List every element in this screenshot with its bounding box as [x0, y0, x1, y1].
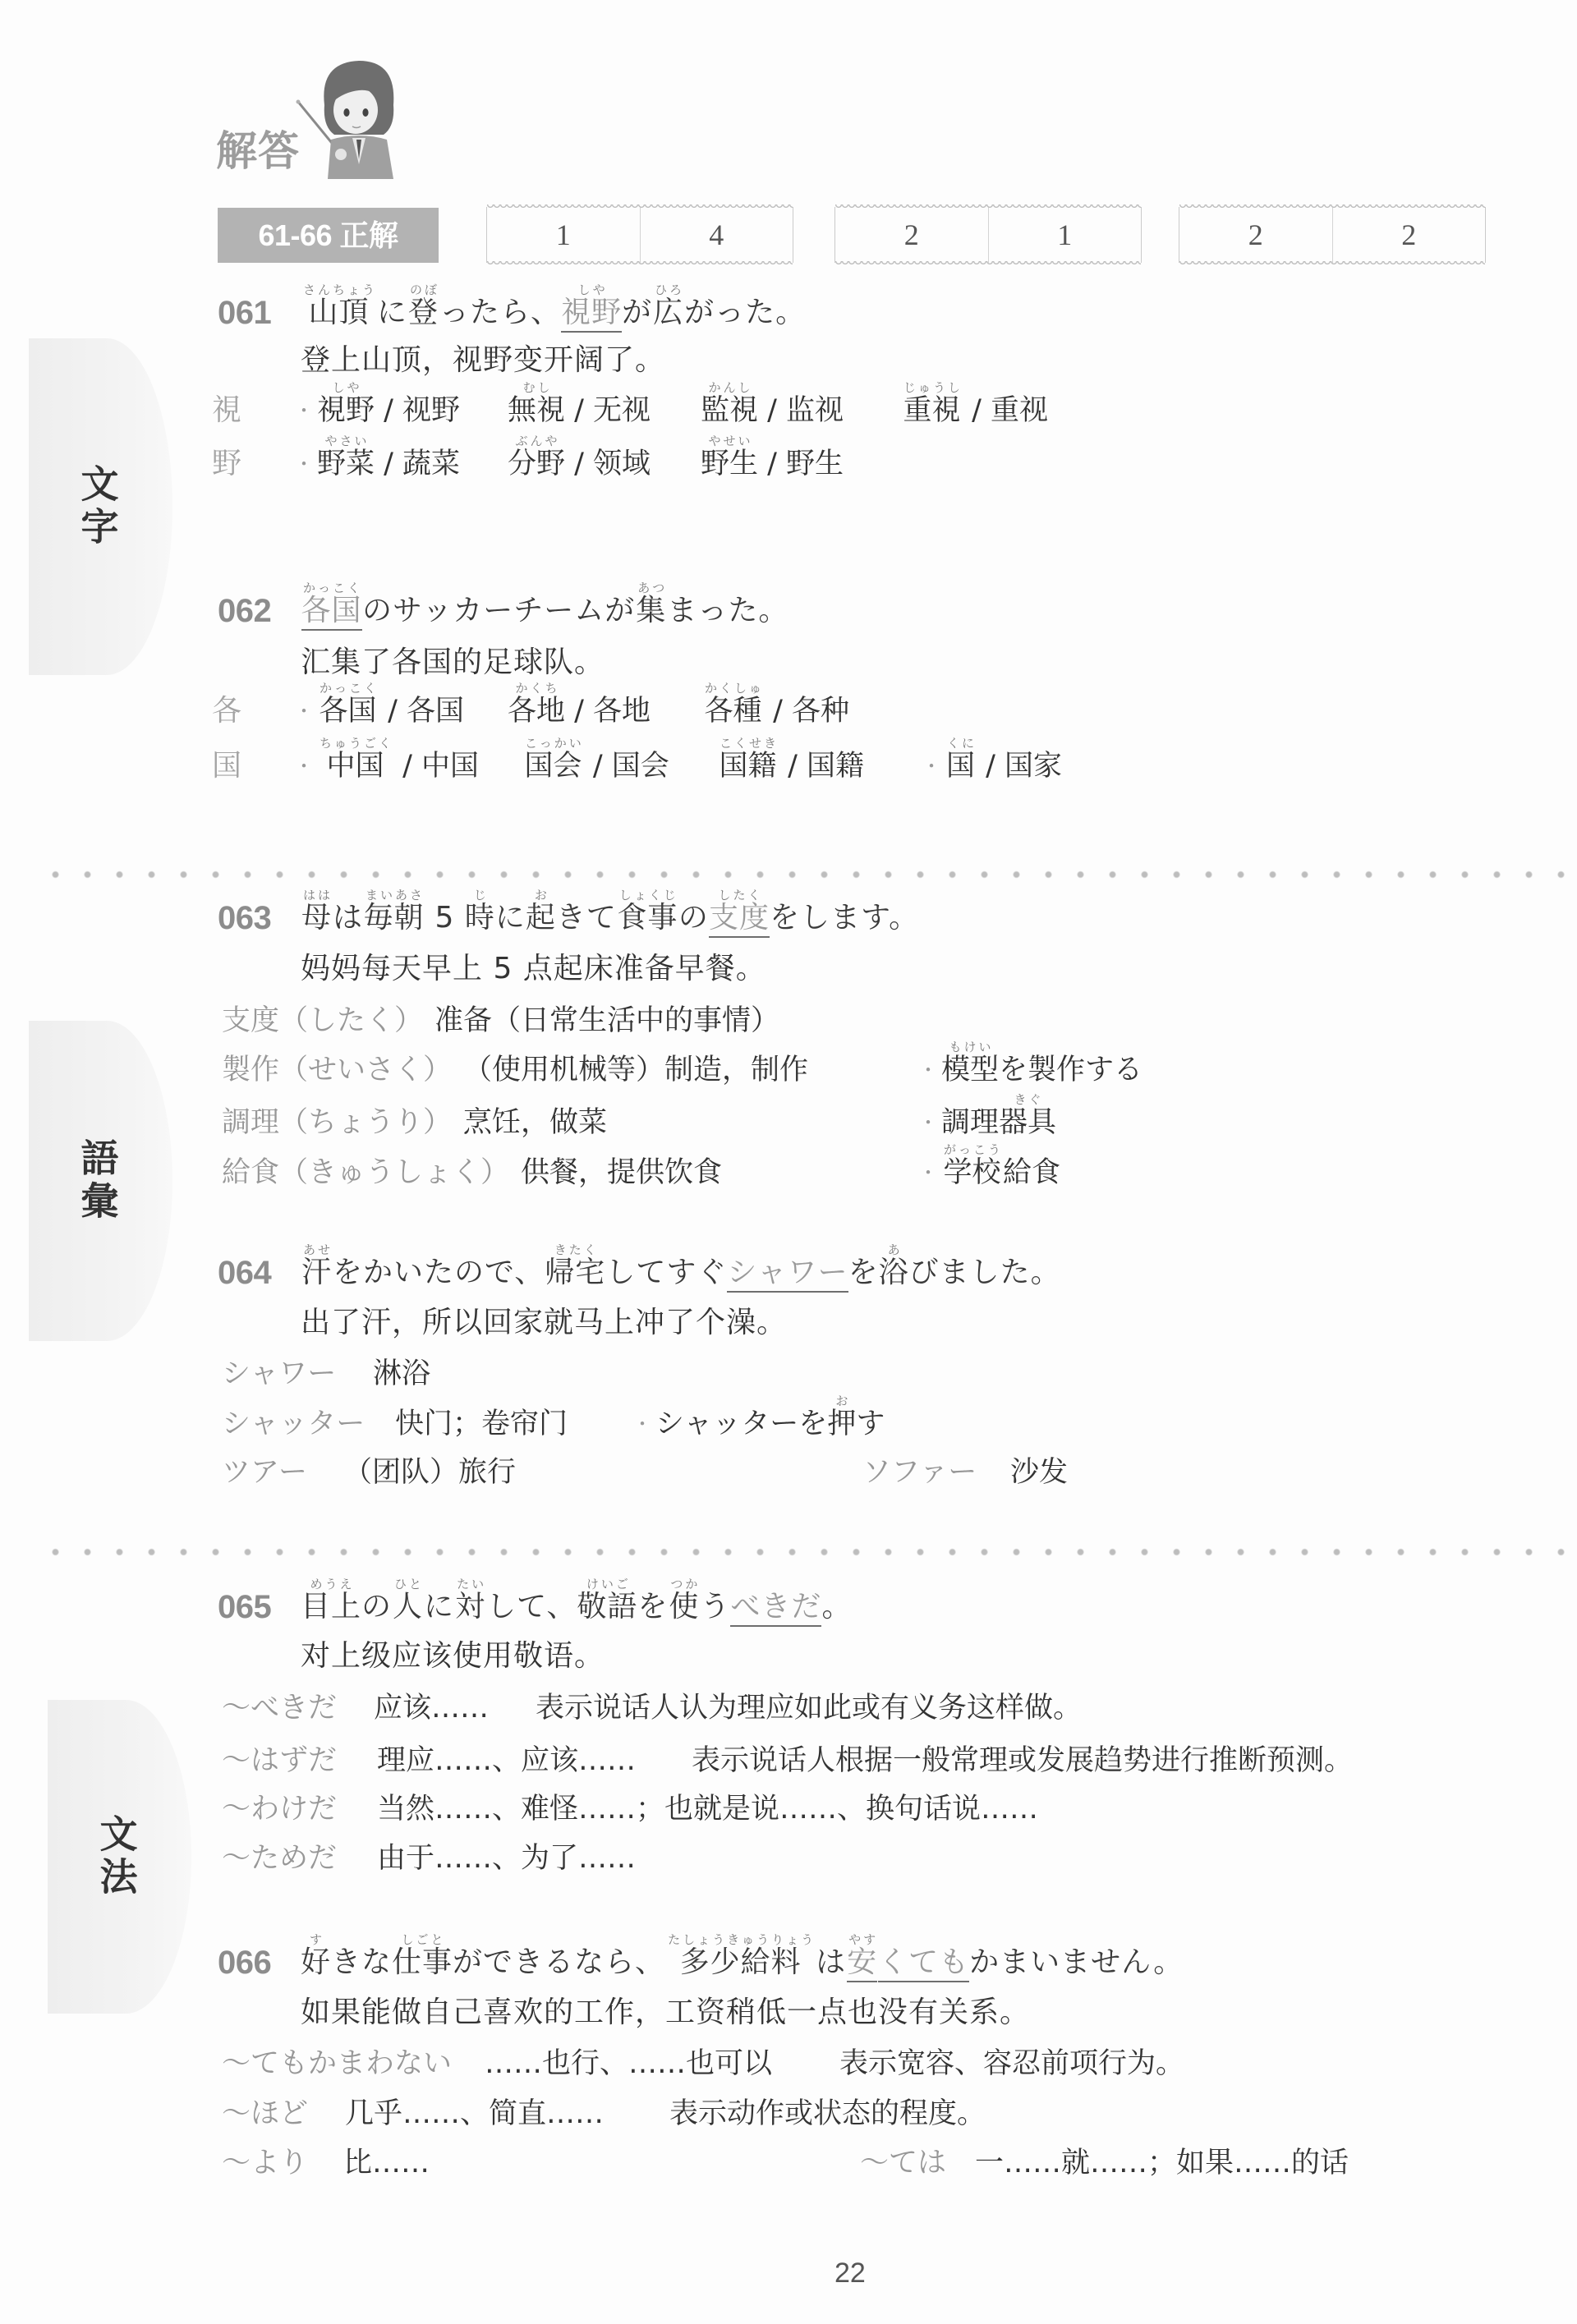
- ruby-word: さんちょう山頂: [301, 295, 377, 331]
- textbook-page: 文字 語彙 文法 解答 61-66 正解 1 4 2 1 2 2 061 さんち…: [0, 0, 1577, 2324]
- grammar-row: ～べきだ 应该…… 表示说话人认为理应如此或有义务这样做。: [0, 1690, 1577, 1726]
- text-segment: きな: [331, 1945, 392, 1979]
- grammar-meaning: 应该……: [374, 1690, 489, 1726]
- word-item: ぶんや分野 / 领域: [508, 446, 651, 482]
- grammar-meaning: 几乎……、简直……: [345, 2096, 604, 2132]
- grammar-pattern: ～べきだ: [222, 1690, 337, 1726]
- vocab-meaning: 沙发: [1010, 1454, 1068, 1490]
- text-segment: を: [848, 1256, 879, 1289]
- vocab-meaning: 准备（日常生活中的事情）: [434, 1004, 779, 1037]
- ruby-word: しごと仕事: [392, 1945, 453, 1981]
- vocab-meaning: （使用机械等）制造，制作: [463, 1054, 808, 1086]
- ruby-base: 無視: [508, 394, 565, 427]
- word-item: こくせき国籍 / 国籍: [717, 748, 864, 784]
- ruby-word: のぼ登: [407, 295, 439, 331]
- ruby-word: きぐ器具: [999, 1105, 1056, 1141]
- vocab-row: シャワー 淋浴: [0, 1356, 1577, 1392]
- vocab-example: ・がっこう学校給食: [918, 1155, 1060, 1191]
- kanji-row: 国 ・ちゅうごく中国 / 中国 こっかい国会 / 国会 こくせき国籍 / 国籍 …: [0, 748, 1577, 784]
- translation-line: 登上山顶，视野变开阔了。: [0, 342, 1577, 379]
- ruby-base: 中国: [327, 750, 384, 783]
- grammar-pattern: ～わけだ: [222, 1791, 337, 1827]
- text-segment: / 国籍: [779, 750, 864, 783]
- dotted-separator: [39, 1548, 1577, 1556]
- question-number: 065: [218, 1589, 271, 1625]
- vocab-meaning: 供餐，提供饮食: [521, 1156, 722, 1189]
- ruby-word: あ浴: [879, 1255, 909, 1291]
- kanji-row: 視 ・しや視野 / 视野 むし無視 / 无视 かんし監視 / 监视 じゅうし重視…: [0, 393, 1577, 429]
- text-segment: を製作する: [999, 1054, 1143, 1086]
- question-number: 066: [218, 1945, 271, 1981]
- text-segment: してすぐ: [605, 1256, 727, 1289]
- ruby-word: やせい野生: [701, 446, 758, 482]
- answer-range-label: 61-66 正解: [218, 208, 439, 263]
- word-item: じゅうし重視 / 重视: [901, 393, 1048, 429]
- bullet: ・: [294, 399, 314, 422]
- translation-line: 如果能做自己喜欢的工作，工资稍低一点也没有关系。: [0, 1995, 1577, 2031]
- translation: 出了汗，所以回家就马上冲了个澡。: [301, 1305, 787, 1341]
- grammar-meaning: 由于……、为了……: [377, 1840, 636, 1876]
- kanji-row: 各 ・かっこく各国 / 各国 かくち各地 / 各地 かくしゅ各種 / 各种: [0, 693, 1577, 729]
- bullet: ・: [922, 755, 941, 778]
- ruby-base: 野生: [701, 448, 758, 480]
- text-segment: / 领域: [565, 448, 651, 480]
- translation: 对上级应该使用敬语。: [301, 1638, 605, 1674]
- vocab-entry: 給食（きゅうしょく）供餐，提供饮食: [222, 1155, 722, 1191]
- ruby-base: 登: [408, 296, 439, 329]
- ruby-word: たい対: [454, 1589, 486, 1625]
- ruby-word: しや視野: [317, 393, 375, 429]
- text-segment: まった。: [667, 594, 788, 627]
- ruby-base: 監視: [701, 394, 758, 427]
- grammar-pattern: ～ほど: [222, 2096, 308, 2132]
- ruby-word: あつ集: [635, 593, 667, 629]
- ruby-base: 国: [946, 750, 975, 783]
- vocab-entry: 支度（したく）准备（日常生活中的事情）: [222, 1003, 779, 1039]
- text-segment: ができるなら、: [453, 1945, 665, 1979]
- text-segment: に: [495, 901, 526, 935]
- text-segment: に: [424, 1590, 454, 1624]
- vocab-row: 調理（ちょうり）烹饪，做菜 ・調理きぐ器具: [0, 1105, 1577, 1141]
- ruby-base: 山頂: [309, 296, 370, 329]
- ruby-word: ぶんや分野: [508, 446, 565, 482]
- question-sentence: あせ汗をかいたので、きたく帰宅してすぐシャワーをあ浴びました。: [301, 1255, 1061, 1291]
- vocab-row: 支度（したく）准备（日常生活中的事情）: [0, 1003, 1577, 1039]
- word-item: むし無視 / 无视: [508, 393, 651, 429]
- vocab-example: ・シャッターをお押す: [632, 1406, 885, 1442]
- ruby-word: しや視野: [561, 295, 622, 331]
- ruby-base: 各種: [705, 695, 762, 728]
- ruby-word: かくち各地: [508, 693, 565, 729]
- ruby-word: ひと人: [392, 1589, 424, 1625]
- translation-line: 出了汗，所以回家就马上冲了个澡。: [0, 1305, 1577, 1341]
- translation-line: 妈妈每天早上 5 点起床准备早餐。: [0, 951, 1577, 987]
- question-number: 062: [218, 593, 271, 629]
- text-segment: かまいません。: [969, 1945, 1184, 1979]
- ruby-word: やさい野菜: [317, 446, 375, 482]
- bullet: ・: [918, 1059, 938, 1082]
- ruby-word: かんし監視: [701, 393, 758, 429]
- vocab-entry: 製作（せいさく）（使用机械等）制造，制作: [222, 1052, 808, 1088]
- text-segment: す: [856, 1408, 885, 1440]
- vocab-word: 調理（ちょうり）: [222, 1106, 452, 1139]
- grammar-row: ～より 比…… ～ては 一……就……；如果……的话: [0, 2145, 1577, 2181]
- text-segment: / 蔬菜: [375, 448, 460, 480]
- kanji-label: 各: [212, 693, 241, 729]
- text-segment: をします。: [770, 901, 919, 935]
- vocab-entry: 調理（ちょうり）烹饪，做菜: [222, 1105, 607, 1141]
- word-item: ・しや視野 / 视野: [294, 393, 460, 429]
- ruby-word: したく支度: [709, 900, 770, 936]
- text-segment: ったら、: [439, 296, 561, 329]
- text-segment: して、: [486, 1590, 577, 1624]
- ruby-word: こくせき国籍: [717, 748, 779, 784]
- question-sentence: はは母はまいあさ毎朝 5 じ時にお起きてしょくじ食事のしたく支度をします。: [301, 900, 919, 936]
- question-063: 063 はは母はまいあさ毎朝 5 じ時にお起きてしょくじ食事のしたく支度をします…: [0, 900, 1577, 936]
- underlined-answer: べきだ: [730, 1590, 821, 1627]
- page-title: 解答: [216, 130, 300, 172]
- ruby-base: 時: [465, 901, 495, 935]
- ruby-base: 押: [827, 1408, 856, 1440]
- underlined-answer: シャワー: [727, 1256, 848, 1293]
- grammar-meaning: 比……: [343, 2145, 430, 2181]
- word-item: ・やさい野菜 / 蔬菜: [294, 446, 460, 482]
- ruby-word: お起: [526, 900, 556, 936]
- grammar-pattern: ～ためだ: [222, 1840, 337, 1876]
- ruby-word: す好: [301, 1945, 331, 1981]
- vocab-word: シャワー: [222, 1356, 336, 1392]
- question-number: 063: [218, 900, 271, 936]
- ruby-base: 毎朝: [364, 901, 425, 935]
- translation-line: 汇集了各国的足球队。: [0, 645, 1577, 681]
- vocab-row: ツアー （团队）旅行 ソファー 沙发: [0, 1454, 1577, 1490]
- word-item: ・かっこく各国 / 各国: [294, 693, 464, 729]
- answer-cell: 1: [988, 207, 1142, 263]
- text-segment: びました。: [909, 1256, 1061, 1289]
- ruby-base: 視野: [317, 394, 375, 427]
- question-061: 061 さんちょう山頂にのぼ登ったら、しや視野がひろ広がった。: [0, 295, 1577, 331]
- ruby-word: けいご敬語: [577, 1589, 637, 1625]
- ruby-base: 人: [393, 1590, 423, 1624]
- bullet: ・: [632, 1412, 652, 1435]
- ruby-base: 汗: [301, 1256, 332, 1289]
- ruby-word: かっこく各国: [301, 593, 362, 629]
- question-sentence: さんちょう山頂にのぼ登ったら、しや視野がひろ広がった。: [301, 295, 806, 331]
- text-segment: / 各国: [379, 695, 464, 728]
- text-segment: / 视野: [375, 394, 460, 427]
- grammar-row: ～ためだ 由于……、为了……: [0, 1840, 1577, 1876]
- ruby-word: くに国: [945, 748, 977, 784]
- text-segment: に: [377, 296, 407, 329]
- ruby-base: 起: [526, 901, 556, 935]
- ruby-word: むし無視: [508, 393, 565, 429]
- grammar-pattern: ～ては: [860, 2145, 946, 2181]
- ruby-word: はは母: [301, 900, 333, 936]
- ruby-base: 支度: [709, 901, 770, 938]
- grammar-pattern: ～はずだ: [222, 1743, 337, 1779]
- text-segment: が: [622, 296, 652, 329]
- text-segment: / 国会: [584, 750, 669, 783]
- word-item: かくしゅ各種 / 各种: [702, 693, 849, 729]
- word-item: やせい野生 / 野生: [701, 446, 844, 482]
- bullet: ・: [918, 1161, 938, 1184]
- text-segment: 調理: [941, 1106, 999, 1139]
- ruby-base: 帰宅: [545, 1256, 605, 1289]
- ruby-word: しょくじ食事: [617, 900, 678, 936]
- ruby-word: がっこう学校: [941, 1155, 1003, 1191]
- vocab-example: ・調理きぐ器具: [918, 1105, 1056, 1141]
- text-segment: / 监视: [758, 394, 844, 427]
- answer-group: 2 2: [1179, 207, 1486, 263]
- text-segment: / 重视: [963, 394, 1048, 427]
- question-062: 062 かっこく各国のサッカーチームがあつ集まった。: [0, 593, 1577, 629]
- answer-cell: 2: [835, 207, 988, 263]
- text-segment: を: [637, 1590, 668, 1624]
- text-segment: / 中国: [393, 750, 479, 783]
- translation: 汇集了各国的足球队。: [301, 645, 605, 681]
- ruby-word: かくしゅ各種: [702, 693, 764, 729]
- text-segment: のサッカーチームが: [362, 594, 635, 627]
- word-item: ・くに国 / 国家: [922, 748, 1062, 784]
- kanji-row: 野 ・やさい野菜 / 蔬菜 ぶんや分野 / 领域 やせい野生 / 野生: [0, 446, 1577, 482]
- ruby-word: じ時: [465, 900, 495, 936]
- grammar-note: 表示说话人根据一般常理或发展趋势进行推断预测。: [692, 1743, 1353, 1779]
- grammar-meaning: ……也行、……也可以: [485, 2046, 772, 2082]
- text-segment: は: [333, 901, 363, 935]
- kanji-label: 国: [212, 748, 241, 784]
- ruby-base: 各国: [301, 594, 362, 631]
- ruby-base: 安: [847, 1945, 877, 1982]
- ruby-word: やす安: [846, 1945, 878, 1981]
- question-sentence: かっこく各国のサッカーチームがあつ集まった。: [301, 593, 788, 629]
- ruby-base: 敬語: [577, 1590, 637, 1624]
- ruby-base: 国会: [524, 750, 582, 783]
- question-066: 066 す好きなしごと仕事ができるなら、たしょうきゅうりょう多少給料はやす安くて…: [0, 1945, 1577, 1981]
- answer-cell: 2: [1332, 207, 1486, 263]
- vocab-example: ・もけい模型を製作する: [918, 1052, 1143, 1088]
- vocab-meaning: 淋浴: [373, 1356, 430, 1392]
- bullet: ・: [918, 1111, 938, 1134]
- ruby-base: 野菜: [317, 448, 375, 480]
- ruby-base: 学校: [944, 1156, 1001, 1189]
- ruby-base: 集: [636, 594, 666, 627]
- translation: 如果能做自己喜欢的工作，工资稍低一点也没有关系。: [301, 1995, 1030, 2031]
- grammar-note: 表示说话人认为理应如此或有义务这样做。: [536, 1690, 1082, 1726]
- word-item: かくち各地 / 各地: [508, 693, 651, 729]
- text-segment: きて: [556, 901, 617, 935]
- bullet: ・: [294, 755, 314, 778]
- word-item: こっかい国会 / 国会: [522, 748, 669, 784]
- text-segment: / 无视: [565, 394, 651, 427]
- vocab-row: シャッター 快门；卷帘门 ・シャッターをお押す: [0, 1406, 1577, 1442]
- question-sentence: す好きなしごと仕事ができるなら、たしょうきゅうりょう多少給料はやす安くてもかまい…: [301, 1945, 1184, 1981]
- underlined-answer: くても: [878, 1945, 969, 1982]
- ruby-base: 模型: [941, 1054, 999, 1086]
- question-sentence: めうえ目上のひと人にたい対して、けいご敬語をつか使うべきだ。: [301, 1589, 852, 1625]
- grammar-pattern: ～てもかまわない: [222, 2046, 452, 2082]
- translation: 登上山顶，视野变开阔了。: [301, 342, 665, 379]
- ruby-word: めうえ目上: [301, 1589, 361, 1625]
- text-segment: をかいたので、: [333, 1256, 545, 1289]
- grammar-row: ～はずだ 理应……、应该…… 表示说话人根据一般常理或发展趋势进行推断预测。: [0, 1743, 1577, 1779]
- ruby-base: 分野: [508, 448, 565, 480]
- grammar-note: 表示宽容、容忍前项行为。: [839, 2046, 1184, 2082]
- page-number: 22: [834, 2257, 866, 2290]
- ruby-base: 国籍: [720, 750, 777, 783]
- ruby-base: 広: [653, 296, 683, 329]
- vocab-word: 製作（せいさく）: [222, 1054, 452, 1086]
- text-segment: う: [700, 1590, 730, 1624]
- grammar-row: ～わけだ 当然……、难怪……；也就是说……、换句话说……: [0, 1791, 1577, 1827]
- translation: 妈妈每天早上 5 点起床准备早餐。: [301, 951, 766, 987]
- ruby-base: 目上: [301, 1590, 361, 1624]
- word-item: ・ちゅうごく中国 / 中国: [294, 748, 479, 784]
- ruby-base: 食事: [617, 901, 678, 935]
- grammar-meaning: 一……就……；如果……的话: [975, 2145, 1349, 2181]
- word-item: かんし監視 / 监视: [701, 393, 844, 429]
- question-number: 061: [218, 295, 271, 331]
- ruby-base: 浴: [879, 1256, 909, 1289]
- ruby-base: 対: [455, 1590, 485, 1624]
- vocab-row: 給食（きゅうしょく）供餐，提供饮食 ・がっこう学校給食: [0, 1155, 1577, 1191]
- answer-cell: 4: [640, 207, 793, 263]
- ruby-base: 好: [301, 1945, 331, 1979]
- translation-line: 对上级应该使用敬语。: [0, 1638, 1577, 1674]
- bullet: ・: [294, 700, 314, 723]
- ruby-word: たしょうきゅうりょう多少給料: [665, 1945, 816, 1981]
- kanji-label: 野: [212, 446, 241, 482]
- ruby-base: 重視: [903, 394, 961, 427]
- text-segment: の: [361, 1590, 392, 1624]
- vocab-meaning: 快门；卷帘门: [395, 1406, 568, 1442]
- text-segment: / 野生: [758, 448, 844, 480]
- text-segment: / 各地: [565, 695, 651, 728]
- ruby-base: 各地: [508, 695, 565, 728]
- ruby-word: あせ汗: [301, 1255, 333, 1291]
- ruby-word: こっかい国会: [522, 748, 584, 784]
- ruby-word: じゅうし重視: [901, 393, 963, 429]
- answer-cell: 2: [1179, 207, 1332, 263]
- text-segment: 給食: [1003, 1156, 1060, 1189]
- ruby-word: まいあさ毎朝: [363, 900, 425, 936]
- text-segment: は: [816, 1945, 846, 1979]
- vocab-word: 支度（したく）: [222, 1004, 423, 1037]
- grammar-meaning: 理应……、应该……: [377, 1743, 636, 1779]
- ruby-base: 仕事: [392, 1945, 453, 1979]
- grammar-row: ～てもかまわない ……也行、……也可以 表示宽容、容忍前项行为。: [0, 2046, 1577, 2082]
- ruby-base: 母: [301, 901, 332, 935]
- ruby-word: ちゅうごく中国: [317, 748, 393, 784]
- text-segment: 5: [425, 901, 465, 935]
- teacher-girl-pointer-icon: [293, 54, 404, 179]
- dotted-separator: [39, 870, 1577, 879]
- grammar-row: ～ほど 几乎……、简直…… 表示动作或状态的程度。: [0, 2096, 1577, 2132]
- ruby-word: かっこく各国: [317, 693, 379, 729]
- ruby-word: お押: [827, 1406, 856, 1442]
- question-064: 064 あせ汗をかいたので、きたく帰宅してすぐシャワーをあ浴びました。: [0, 1255, 1577, 1291]
- grammar-meaning: 当然……、难怪……；也就是说……、换句话说……: [377, 1791, 1038, 1827]
- vocab-row: 製作（せいさく）（使用机械等）制造，制作 ・もけい模型を製作する: [0, 1052, 1577, 1088]
- text-segment: シャッターを: [655, 1408, 827, 1440]
- answer-group: 2 1: [834, 207, 1142, 263]
- vocab-meaning: 烹饪，做菜: [463, 1106, 607, 1139]
- vocab-word: ツアー: [222, 1454, 307, 1490]
- grammar-note: 表示动作或状态的程度。: [669, 2096, 986, 2132]
- grammar-pattern: ～より: [222, 2145, 308, 2181]
- ruby-base: 各国: [320, 695, 377, 728]
- ruby-base: 視野: [561, 296, 622, 333]
- ruby-base: 使: [669, 1590, 699, 1624]
- answer-group: 1 4: [486, 207, 793, 263]
- ruby-base: 器具: [999, 1106, 1056, 1139]
- ruby-word: きたく帰宅: [545, 1255, 605, 1291]
- ruby-word: もけい模型: [941, 1052, 999, 1088]
- ruby-base: 多少給料: [680, 1945, 802, 1979]
- ruby-word: つか使: [668, 1589, 700, 1625]
- vocab-word: ソファー: [862, 1454, 977, 1490]
- question-number: 064: [218, 1255, 271, 1291]
- text-segment: / 各种: [764, 695, 849, 728]
- answer-cell: 1: [487, 207, 640, 263]
- ruby-word: ひろ広: [652, 295, 684, 331]
- vocab-word: シャッター: [222, 1406, 365, 1442]
- kanji-label: 視: [212, 393, 241, 429]
- bullet: ・: [294, 452, 314, 475]
- text-segment: の: [678, 901, 709, 935]
- vocab-meaning: （团队）旅行: [343, 1454, 516, 1490]
- text-segment: 。: [821, 1590, 852, 1624]
- vocab-word: 給食（きゅうしょく）: [222, 1156, 509, 1189]
- question-065: 065 めうえ目上のひと人にたい対して、けいご敬語をつか使うべきだ。: [0, 1589, 1577, 1625]
- text-segment: / 国家: [977, 750, 1062, 783]
- text-segment: がった。: [684, 296, 806, 329]
